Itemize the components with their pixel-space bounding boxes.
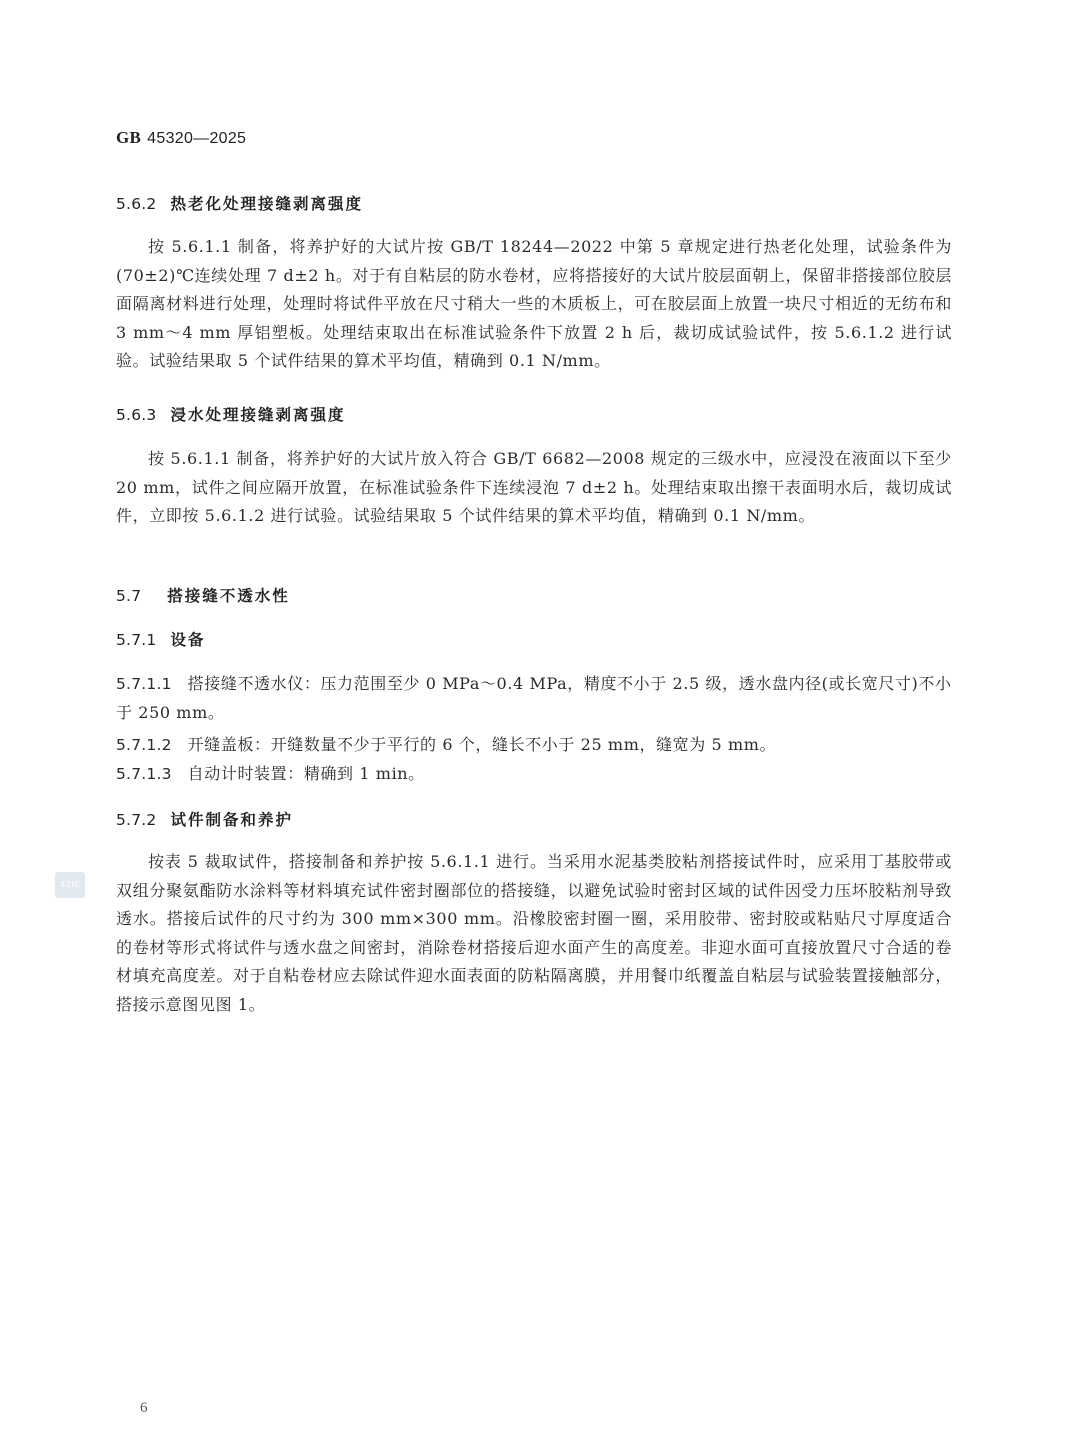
clause-5-7-1-1: 5.7.1.1搭接缝不透水仪：压力范围至少 0 MPa～0.4 MPa，精度不小… <box>116 670 952 727</box>
section-heading-5-6-2: 5.6.2热老化处理接缝剥离强度 <box>116 192 363 214</box>
section-heading-5-7-1: 5.7.1设备 <box>116 628 205 650</box>
section-heading-5-7: 5.7搭接缝不透水性 <box>116 584 290 606</box>
clause-number: 5.7.1.3 <box>116 765 172 783</box>
clause-5-7-1-2: 5.7.1.2开缝盖板：开缝数量不少于平行的 6 个，缝长不小于 25 mm，缝… <box>116 731 952 760</box>
section-number: 5.6.3 <box>116 406 156 424</box>
section-title: 设备 <box>170 631 205 649</box>
section-body-5-6-3: 按 5.6.1.1 制备，将养护好的大试片放入符合 GB/T 6682—2008… <box>116 445 952 531</box>
standard-number: 45320—2025 <box>147 130 246 147</box>
section-title: 试件制备和养护 <box>170 811 293 829</box>
section-number: 5.7 <box>116 587 141 605</box>
standard-code-header: GB45320—2025 <box>116 128 246 148</box>
section-title: 热老化处理接缝剥离强度 <box>170 195 363 213</box>
section-number: 5.6.2 <box>116 195 156 213</box>
clause-5-7-1-3: 5.7.1.3自动计时装置：精确到 1 min。 <box>116 760 952 789</box>
clause-number: 5.7.1.1 <box>116 675 172 693</box>
clause-number: 5.7.1.2 <box>116 736 172 754</box>
page-number: 6 <box>140 1400 148 1417</box>
clause-text: 自动计时装置：精确到 1 min。 <box>188 764 425 783</box>
clause-text: 搭接缝不透水仪：压力范围至少 0 MPa～0.4 MPa，精度不小于 2.5 级… <box>116 674 952 722</box>
section-number: 5.7.2 <box>116 811 156 829</box>
clause-text: 开缝盖板：开缝数量不少于平行的 6 个，缝长不小于 25 mm，缝宽为 5 mm… <box>188 735 777 754</box>
document-page: GB45320—2025 5.6.2热老化处理接缝剥离强度 按 5.6.1.1 … <box>0 0 1080 1444</box>
section-number: 5.7.1 <box>116 631 156 649</box>
standard-prefix: GB <box>116 128 141 147</box>
watermark-logo: SZIC <box>55 872 85 898</box>
section-heading-5-7-2: 5.7.2试件制备和养护 <box>116 808 293 830</box>
section-title: 浸水处理接缝剥离强度 <box>170 406 345 424</box>
section-heading-5-6-3: 5.6.3浸水处理接缝剥离强度 <box>116 403 345 425</box>
section-body-5-7-2: 按表 5 裁取试件，搭接制备和养护按 5.6.1.1 进行。当采用水泥基类胶粘剂… <box>116 848 952 1019</box>
section-body-5-6-2: 按 5.6.1.1 制备，将养护好的大试片按 GB/T 18244—2022 中… <box>116 233 952 376</box>
section-title: 搭接缝不透水性 <box>167 587 290 605</box>
